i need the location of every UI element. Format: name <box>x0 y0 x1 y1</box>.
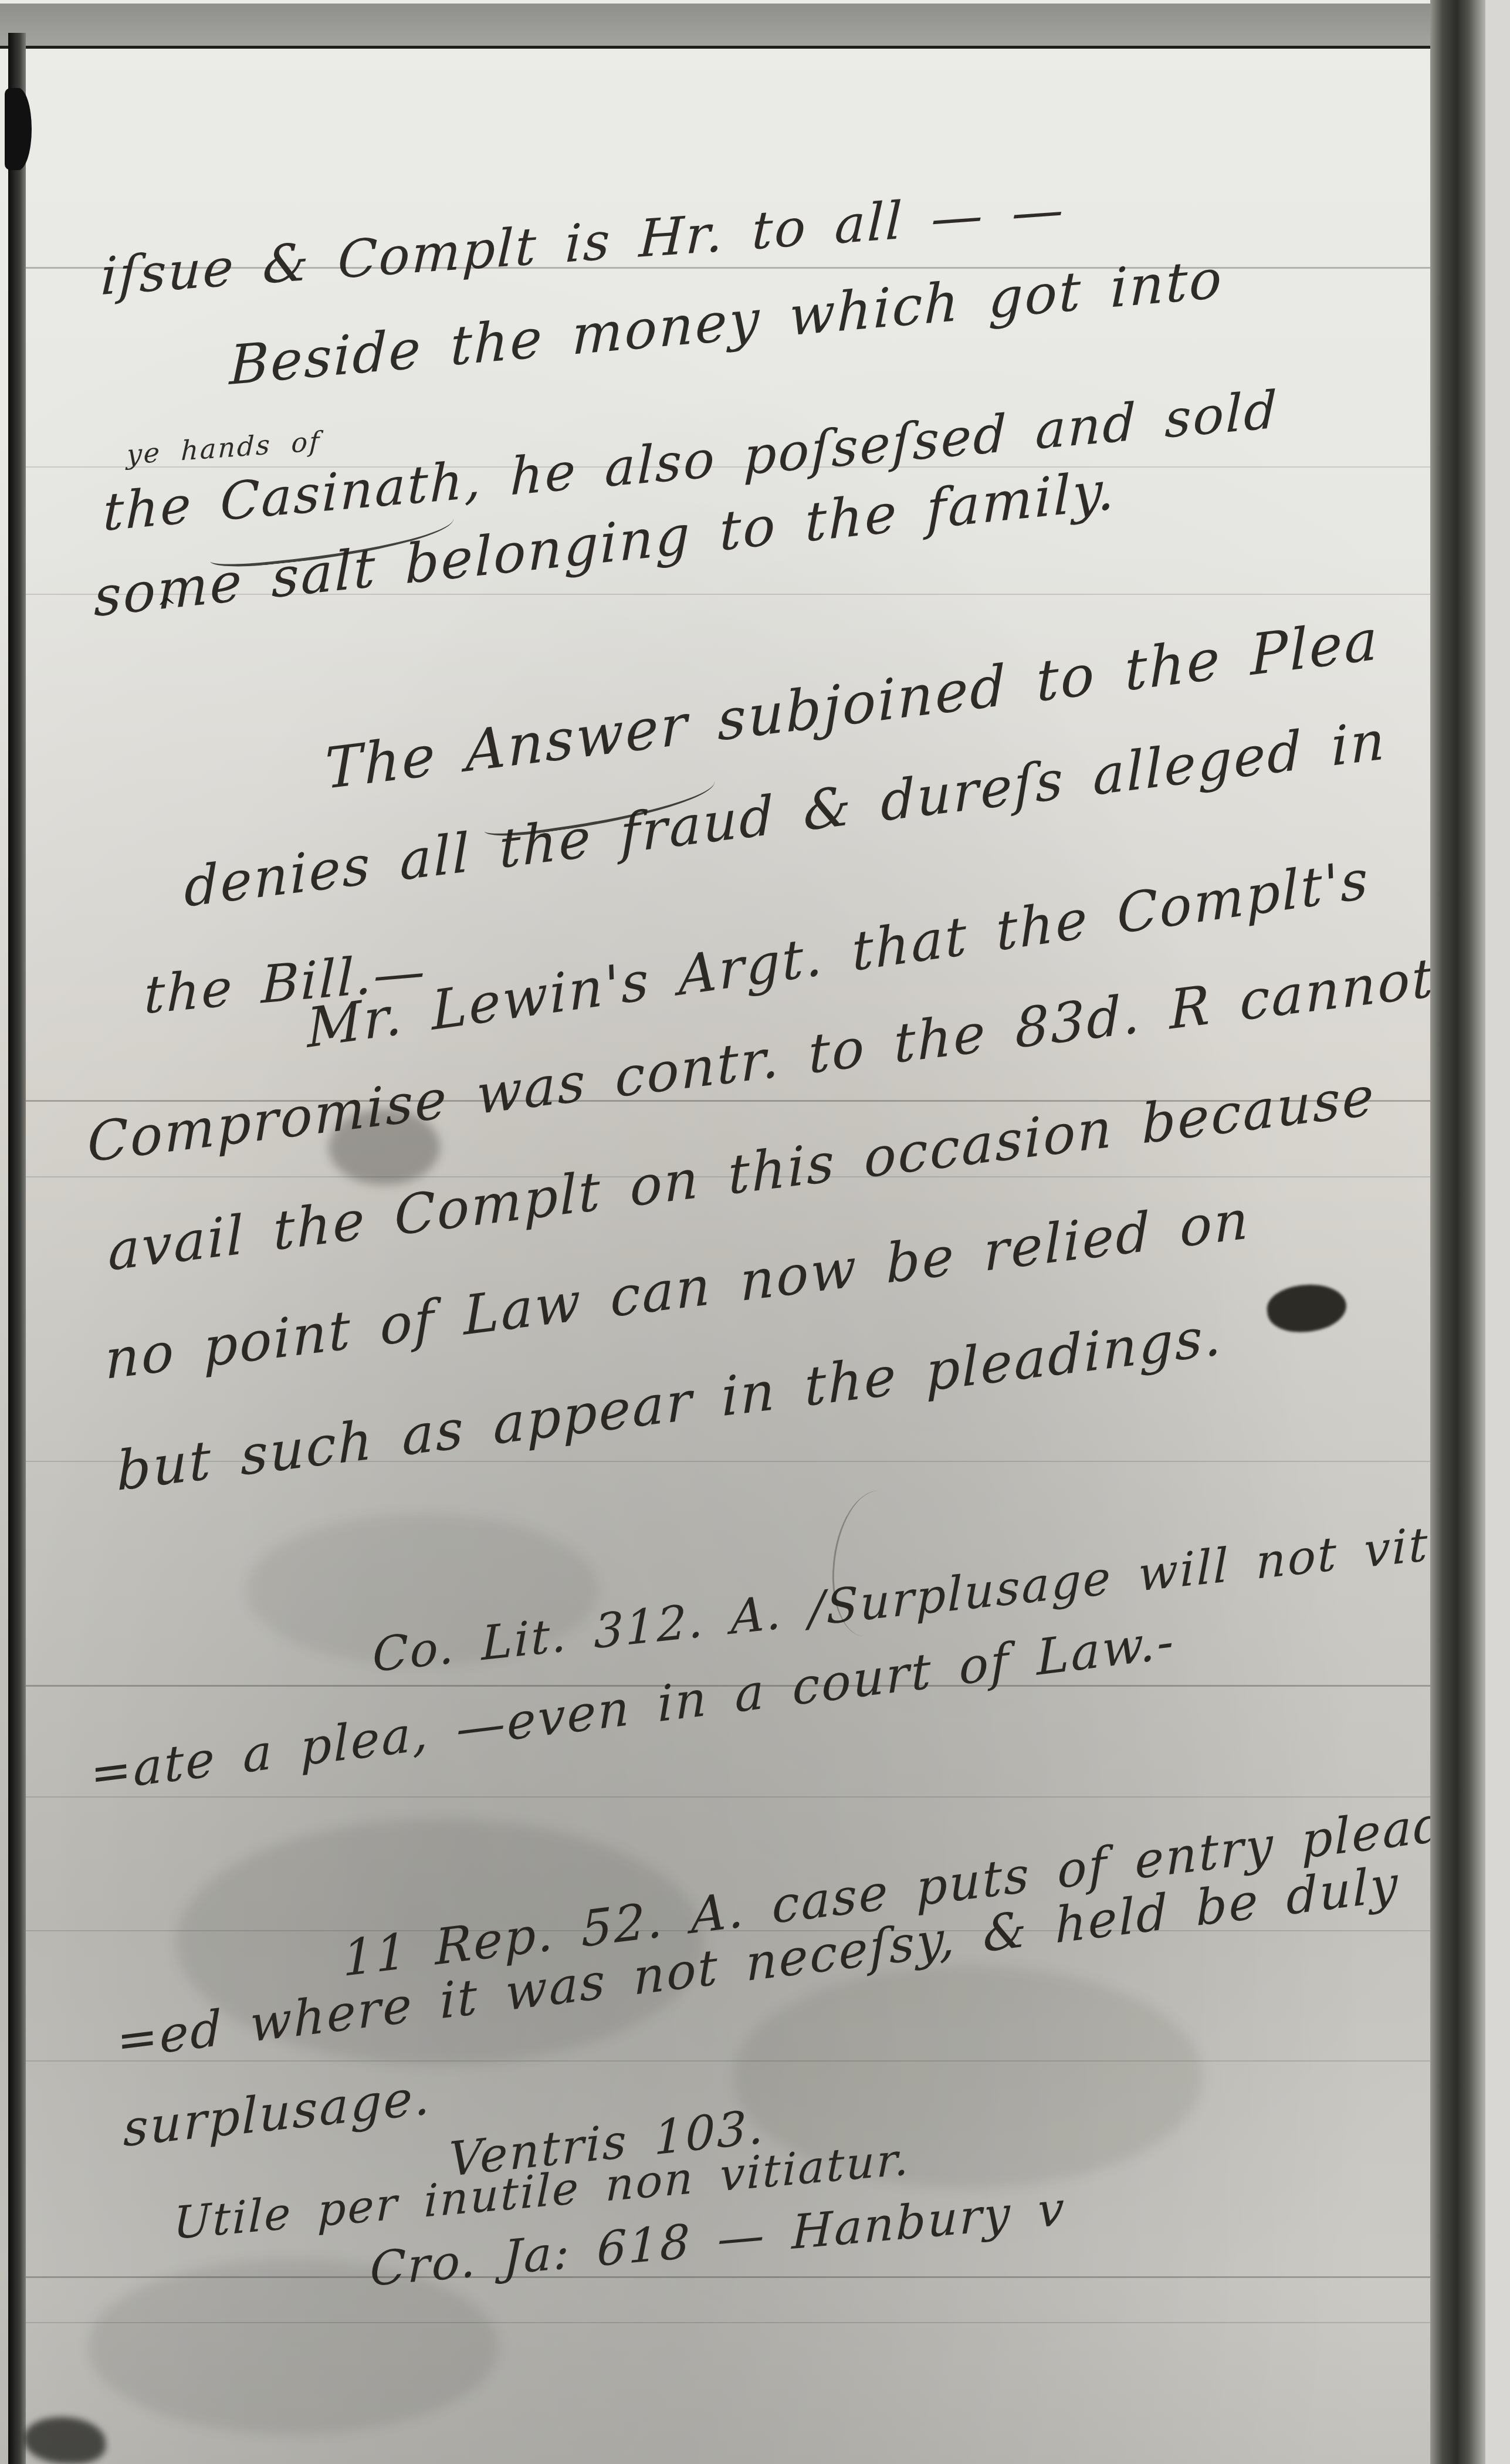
scanned-manuscript-page: { "document": { "kind_label": "handwritt… <box>0 0 1510 2464</box>
scan-top-edge <box>0 4 1510 49</box>
scan-streak <box>26 2060 1430 2062</box>
page-gutter-shadow <box>1430 0 1485 2464</box>
book-binding-edge <box>8 33 26 2464</box>
scan-right-margin <box>1485 0 1510 2464</box>
binding-clasp-shadow <box>5 88 32 170</box>
scan-streak <box>26 1796 1430 1798</box>
